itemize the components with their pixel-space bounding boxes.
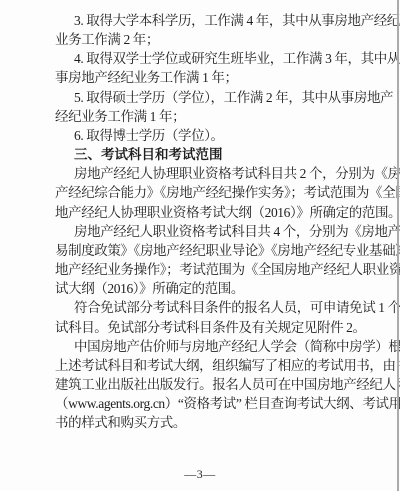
text-line: 地产经纪人协理职业资格考试大纲（2016）》所确定的范围。 [55, 203, 371, 222]
text-line: 事房地产经纪业务工作满 1 年； [55, 68, 371, 87]
text-line: 房地产经纪人职业资格考试科目共 4 个，分别为《房地产交 [55, 222, 371, 241]
text-line: 试大纲（2016）》所确定的范围。 [55, 279, 371, 298]
text-line: 4. 取得双学士学位或研究生班毕业，工作满 3 年，其中从 [55, 49, 371, 68]
text-line: （www.agents.org.cn）“资格考试” 栏目查询考试大纲、考试用 [55, 394, 371, 413]
text-line: 建筑工业出版社出版发行。报名人员可在中国房地产经纪人网 [55, 375, 371, 394]
text-line: 中国房地产估价师与房地产经纪人学会（简称中房学）根据 [55, 337, 371, 356]
page-number: —3— [0, 467, 400, 482]
text-line: 上述考试科目和考试大纲，组织编写了相应的考试用书，由中国 [55, 356, 371, 375]
text-line: 3. 取得大学本科学历，工作满 4 年，其中从事房地产经纪 [55, 11, 371, 30]
text-line: 6. 取得博士学历（学位）。 [55, 126, 371, 145]
document-page: 3. 取得大学本科学历，工作满 4 年，其中从事房地产经纪业务工作满 2 年；4… [0, 0, 400, 491]
text-line: 试科目。免试部分考试科目条件及有关规定见附件 2。 [55, 318, 371, 337]
document-body: 3. 取得大学本科学历，工作满 4 年，其中从事房地产经纪业务工作满 2 年；4… [55, 11, 371, 432]
text-line: 业务工作满 2 年； [55, 30, 371, 49]
text-line: 地产经纪业务操作》；考试范围为《全国房地产经纪人职业资格考 [55, 260, 371, 279]
text-line: 房地产经纪人协理职业资格考试科目共 2 个，分别为《房地 [55, 164, 371, 183]
text-line: 三、考试科目和考试范围 [55, 145, 371, 164]
text-line: 符合免试部分考试科目条件的报名人员，可申请免试 1 个考 [55, 298, 371, 317]
scan-edge-line [397, 0, 399, 491]
text-line: 经纪业务工作满 1 年； [55, 107, 371, 126]
text-line: 易制度政策》《房地产经纪职业导论》《房地产经纪专业基础》《房 [55, 241, 371, 260]
text-line: 产经纪综合能力》《房地产经纪操作实务》；考试范围为《全国房 [55, 183, 371, 202]
text-line: 5. 取得硕士学历（学位），工作满 2 年，其中从事房地产 [55, 88, 371, 107]
text-line: 书的样式和购买方式。 [55, 413, 371, 432]
